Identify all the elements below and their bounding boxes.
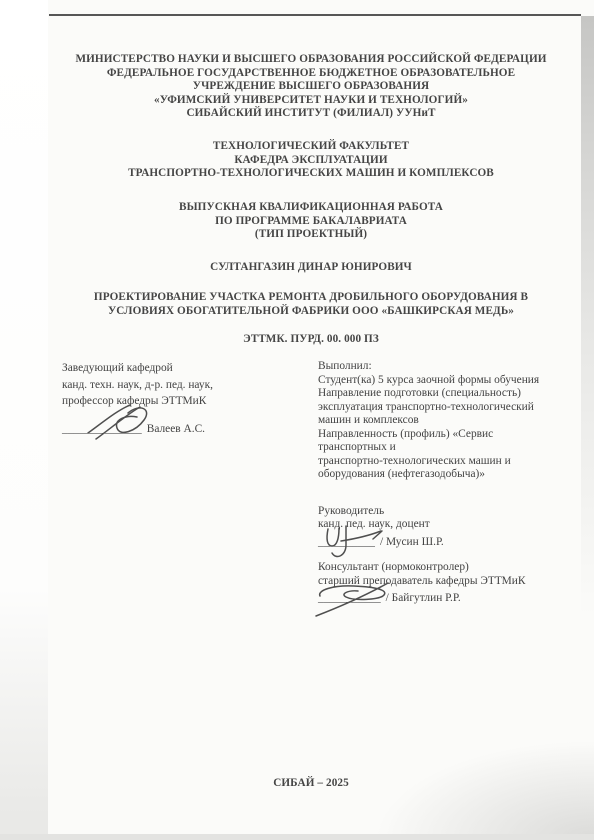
work-type-line: ПО ПРОГРАММЕ БАКАЛАВРИАТА bbox=[215, 215, 407, 229]
signature-line: __________ bbox=[318, 536, 375, 548]
ministry-header: МИНИСТЕРСТВО НАУКИ И ВЫСШЕГО ОБРАЗОВАНИЯ… bbox=[58, 53, 564, 121]
supervisor-line: Руководитель bbox=[318, 505, 580, 519]
ministry-line: «УФИМСКИЙ УНИВЕРСИТЕТ НАУКИ И ТЕХНОЛОГИЙ… bbox=[154, 94, 468, 108]
student-line: машин и комплексов bbox=[318, 414, 580, 428]
consultant-line: Консультант (нормоконтролер) bbox=[318, 561, 580, 575]
supervisor-signature-row: __________/ Мусин Ш.Р. bbox=[318, 536, 580, 550]
supervisor-name: / Мусин Ш.Р. bbox=[380, 536, 444, 548]
city-year-footer: СИБАЙ – 2025 bbox=[58, 777, 564, 791]
work-type-line: ВЫПУСКНАЯ КВАЛИФИКАЦИОННАЯ РАБОТА bbox=[179, 201, 443, 215]
ministry-line: ФЕДЕРАЛЬНОЕ ГОСУДАРСТВЕННОЕ БЮДЖЕТНОЕ ОБ… bbox=[107, 67, 515, 81]
faculty-line: КАФЕДРА ЭКСПЛУАТАЦИИ bbox=[234, 154, 387, 168]
work-type-line: (ТИП ПРОЕКТНЫЙ) bbox=[255, 228, 367, 242]
ministry-line: УЧРЕЖДЕНИЕ ВЫСШЕГО ОБРАЗОВАНИЯ bbox=[193, 80, 429, 94]
faculty-line: ТРАНСПОРТНО-ТЕХНОЛОГИЧЕСКИХ МАШИН И КОМП… bbox=[128, 167, 494, 181]
head-of-dept-name: Валеев А.С. bbox=[147, 423, 205, 435]
head-of-dept-signature-row: ______________Валеев А.С. bbox=[62, 421, 312, 438]
student-line: эксплуатация транспортно-технологический bbox=[318, 401, 580, 415]
scanned-title-page: МИНИСТЕРСТВО НАУКИ И ВЫСШЕГО ОБРАЗОВАНИЯ… bbox=[0, 0, 594, 840]
head-of-dept-line: канд. техн. наук, д-р. пед. наук, bbox=[62, 377, 312, 394]
head-of-department-block: Заведующий кафедрой канд. техн. наук, д-… bbox=[62, 360, 312, 437]
faculty-department-block: ТЕХНОЛОГИЧЕСКИЙ ФАКУЛЬТЕТ КАФЕДРА ЭКСПЛУ… bbox=[58, 140, 564, 181]
student-line: транспортно-технологических машин и bbox=[318, 455, 580, 469]
student-line: Направленность (профиль) «Сервис bbox=[318, 428, 580, 442]
document-code: ЭТТМК. ПУРД. 00. 000 ПЗ bbox=[58, 333, 564, 347]
scan-top-edge-line bbox=[49, 14, 581, 16]
head-of-dept-line: Заведующий кафедрой bbox=[62, 360, 312, 377]
thesis-title-line: ПРОЕКТИРОВАНИЕ УЧАСТКА РЕМОНТА ДРОБИЛЬНО… bbox=[94, 291, 528, 305]
student-line: Студент(ка) 5 курса заочной формы обучен… bbox=[318, 374, 580, 388]
faculty-line: ТЕХНОЛОГИЧЕСКИЙ ФАКУЛЬТЕТ bbox=[213, 140, 409, 154]
student-line: Направление подготовки (специальность) bbox=[318, 387, 580, 401]
ministry-line: МИНИСТЕРСТВО НАУКИ И ВЫСШЕГО ОБРАЗОВАНИЯ… bbox=[75, 53, 546, 67]
thesis-title-line: УСЛОВИЯХ ОБОГАТИТЕЛЬНОЙ ФАБРИКИ ООО «БАШ… bbox=[108, 305, 514, 319]
signature-line: ______________ bbox=[62, 423, 142, 435]
scan-bottom-edge bbox=[0, 834, 594, 840]
student-line: Выполнил: bbox=[318, 360, 580, 374]
consultant-name: / Байгутлин Р.Р. bbox=[386, 592, 461, 604]
scan-right-edge-shadow bbox=[581, 16, 594, 616]
head-of-dept-line: профессор кафедры ЭТТМиК bbox=[62, 393, 312, 410]
student-line: транспортных и bbox=[318, 441, 580, 455]
consultant-signature-row: ___________/ Байгутлин Р.Р. bbox=[318, 592, 580, 606]
student-info-block: Выполнил: Студент(ка) 5 курса заочной фо… bbox=[318, 360, 580, 606]
consultant-line: старший преподаватель кафедры ЭТТМиК bbox=[318, 575, 580, 589]
author-name: СУЛТАНГАЗИН ДИНАР ЮНИРОВИЧ bbox=[58, 261, 564, 275]
supervisor-block: Руководитель канд. пед. наук, доцент ___… bbox=[318, 505, 580, 550]
thesis-title: ПРОЕКТИРОВАНИЕ УЧАСТКА РЕМОНТА ДРОБИЛЬНО… bbox=[58, 291, 564, 318]
ministry-line: СИБАЙСКИЙ ИНСТИТУТ (ФИЛИАЛ) УУНиТ bbox=[186, 107, 435, 121]
consultant-block: Консультант (нормоконтролер) старший пре… bbox=[318, 561, 580, 606]
signature-line: ___________ bbox=[318, 592, 381, 604]
student-line: оборудования (нефтегазодобыча)» bbox=[318, 468, 580, 482]
supervisor-line: канд. пед. наук, доцент bbox=[318, 518, 580, 532]
work-type-block: ВЫПУСКНАЯ КВАЛИФИКАЦИОННАЯ РАБОТА ПО ПРО… bbox=[58, 201, 564, 242]
scan-left-margin bbox=[0, 0, 48, 840]
